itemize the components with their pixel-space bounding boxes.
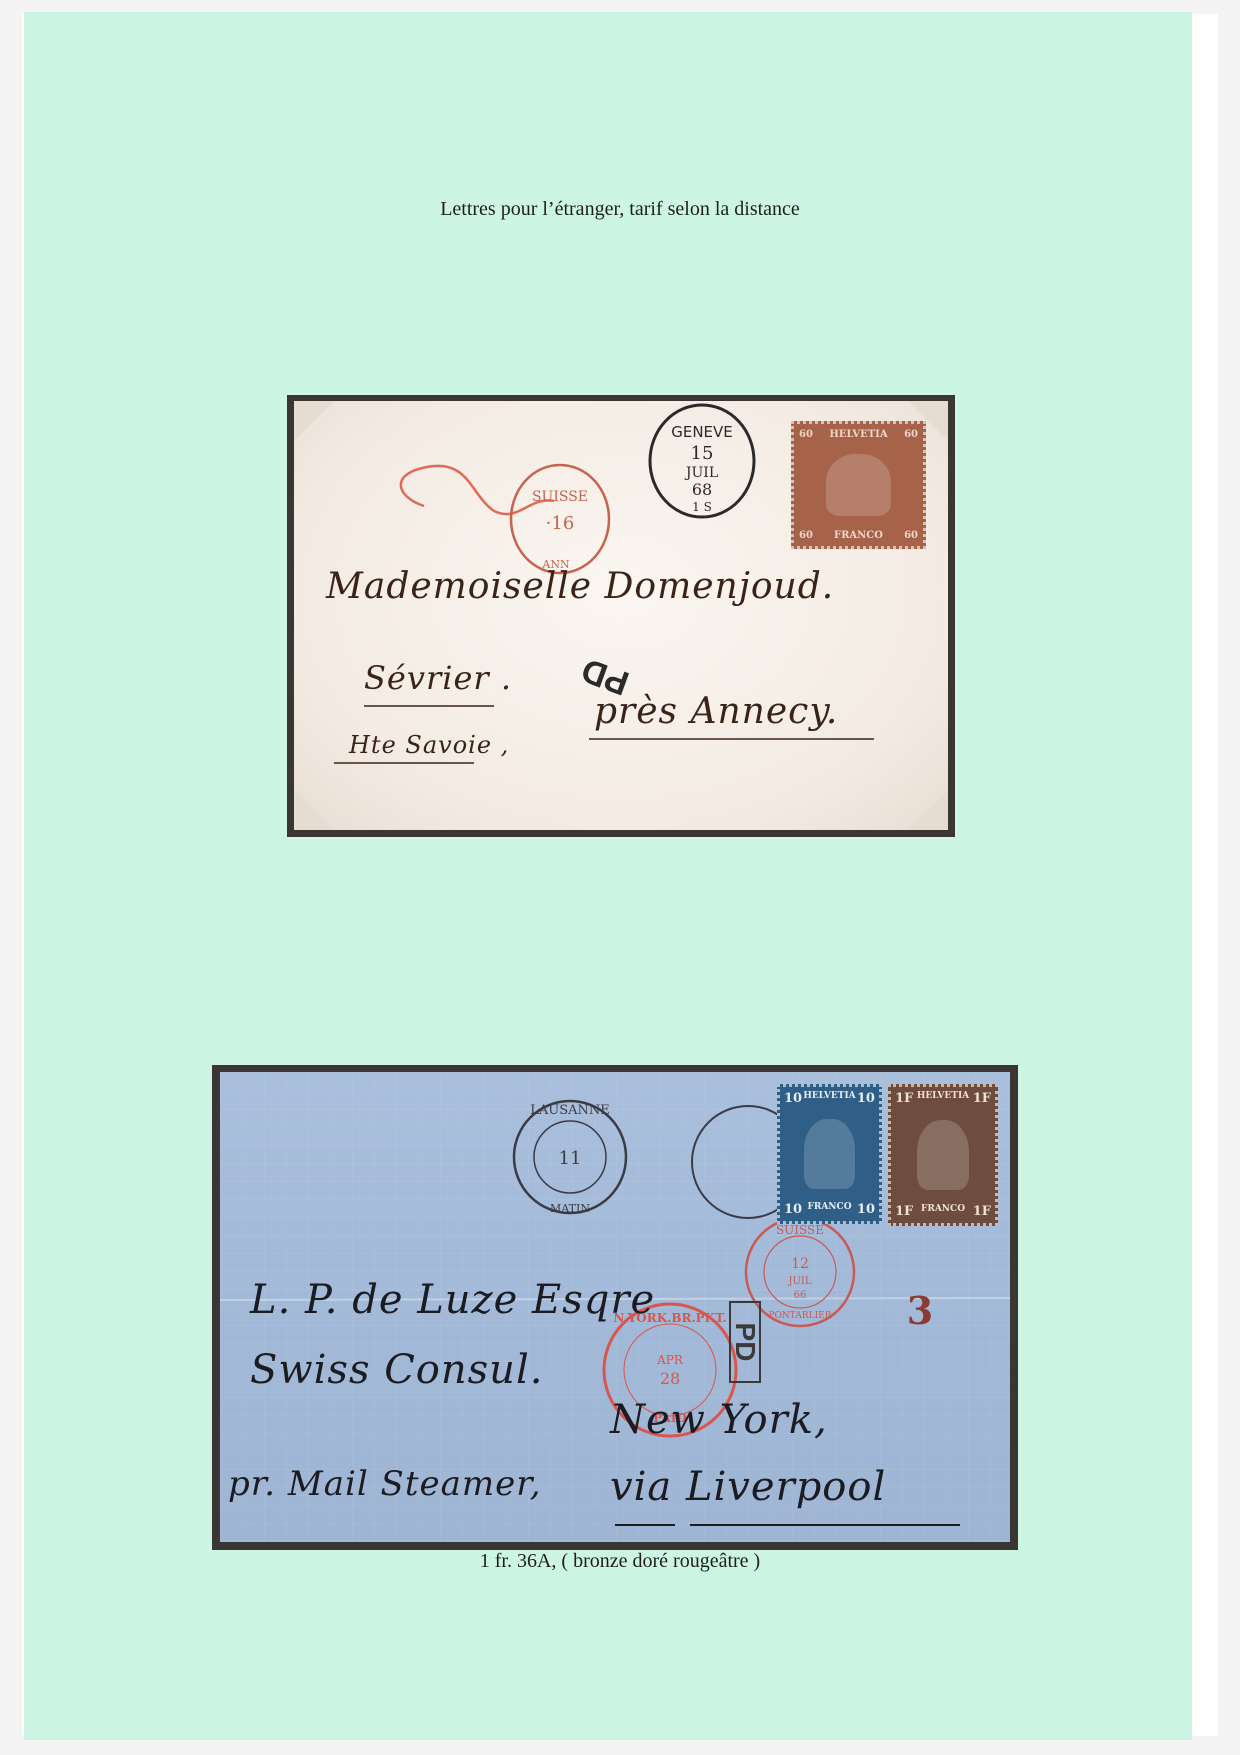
stamp-10c-sitting-helvetia: 10HELVETIA10 10FRANCO10 (777, 1084, 882, 1224)
svg-text:1 S: 1 S (692, 500, 712, 514)
cover-2-address-title: Swiss Consul. (250, 1347, 543, 1393)
svg-text:MATIN: MATIN (550, 1202, 590, 1215)
cover-2-mount: LAUSANNE MATIN 11 SUISSE 12 JUIL 66 PONT… (212, 1065, 1018, 1550)
page-title: Lettres pour l’étranger, tarif selon la … (0, 198, 1240, 221)
cover-2-rate-mark: 3 (907, 1288, 933, 1333)
helvetia-figure-icon (826, 454, 891, 516)
stamp-60c-sitting-helvetia: 60HELVETIA60 60FRANCO60 (791, 421, 926, 549)
svg-text:GENEVE: GENEVE (671, 423, 733, 441)
svg-text:28: 28 (660, 1369, 680, 1388)
cover-1-address-region: Hte Savoie , (349, 731, 509, 759)
cover-1-mount: SUISSE ·16 ANN GENEVE 15 JUIL 68 1 S PD … (287, 395, 955, 837)
svg-text:66: 66 (794, 1290, 807, 1301)
cover-1-envelope: SUISSE ·16 ANN GENEVE 15 JUIL 68 1 S PD … (294, 401, 948, 830)
red-postmark-top: SUISSE (532, 489, 588, 505)
cover-2-address-city: New York, (610, 1397, 828, 1443)
svg-text:68: 68 (692, 480, 712, 499)
cover-1-address-near: près Annecy. (594, 691, 838, 732)
page-caption: 1 fr. 36A, ( bronze doré rougeâtre ) (0, 1550, 1240, 1573)
svg-text:JUIL: JUIL (684, 465, 718, 481)
helvetia-figure-icon (917, 1120, 970, 1190)
helvetia-figure-icon (804, 1119, 854, 1188)
cover-2-pd-mark: PD (730, 1323, 761, 1362)
cover-2-routing-steamer: pr. Mail Steamer, (228, 1464, 542, 1504)
svg-text:11: 11 (559, 1148, 582, 1169)
cover-1-address-town: Sévrier . (364, 659, 512, 697)
svg-text:SUISSE: SUISSE (776, 1223, 824, 1237)
svg-text:LAUSANNE: LAUSANNE (530, 1103, 610, 1118)
svg-text:15: 15 (691, 443, 714, 464)
svg-text:APR: APR (656, 1353, 684, 1367)
svg-text:12: 12 (791, 1256, 809, 1272)
cover-2-address-name: L. P. de Luze Esqre (250, 1277, 655, 1323)
cover-1-address-line1: Mademoiselle Domenjoud. (326, 566, 834, 607)
stamp-1fr-sitting-helvetia: 1FHELVETIA1F 1FFRANCO1F (888, 1084, 998, 1226)
cover-2-folded-letter: LAUSANNE MATIN 11 SUISSE 12 JUIL 66 PONT… (220, 1072, 1010, 1542)
svg-text:PONTARLIER: PONTARLIER (769, 1311, 832, 1321)
svg-text:JUIL: JUIL (787, 1276, 811, 1287)
red-postmark-day: ·16 (546, 513, 575, 534)
cover-2-routing-via: via Liverpool (610, 1464, 886, 1510)
